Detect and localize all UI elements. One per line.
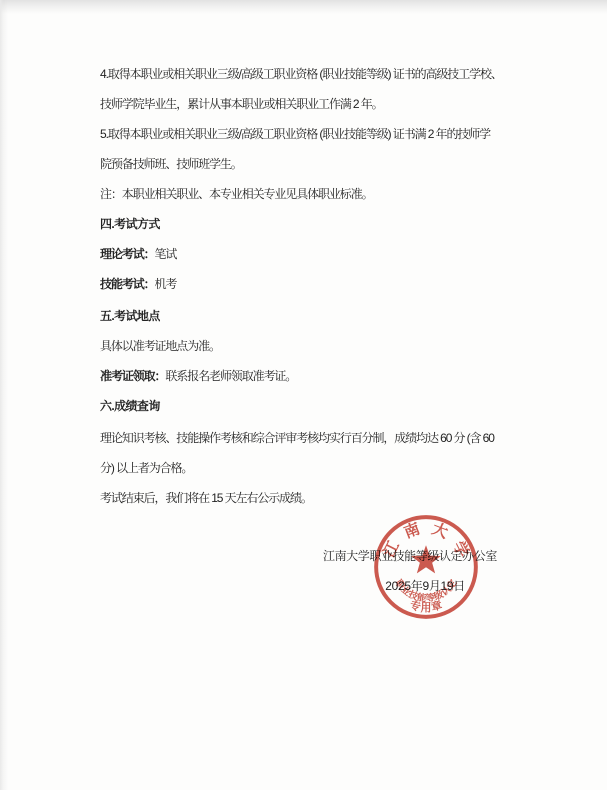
doc-line-text: 理论知识考核、技能操作考核和综合评审考核均实行百分制，成绩均达 60 分 (含 … xyxy=(100,431,494,445)
doc-line: 4.取得本职业或相关职业三级/高级工职业资格 (职业技能等级) 证书的高级技工学… xyxy=(100,59,570,89)
field-value: 联系报名老师领取准考证。 xyxy=(165,369,296,383)
doc-line-text: 5.取得本职业或相关职业三级/高级工职业资格 (职业技能等级) 证书满 2 年的… xyxy=(100,127,490,141)
doc-line: 5.取得本职业或相关职业三级/高级工职业资格 (职业技能等级) 证书满 2 年的… xyxy=(100,119,570,149)
document-body: 4.取得本职业或相关职业三级/高级工职业资格 (职业技能等级) 证书的高级技工学… xyxy=(100,59,570,513)
heading-text: 六.成绩查询 xyxy=(100,399,160,413)
star-icon xyxy=(411,545,441,573)
doc-line-text: 院预备技师班、技师班学生。 xyxy=(100,157,242,171)
doc-line: 技师学院毕业生，累计从事本职业或相关职业工作满 2 年。 xyxy=(100,89,570,119)
doc-line: 理论知识考核、技能操作考核和综合评审考核均实行百分制，成绩均达 60 分 (含 … xyxy=(100,423,570,453)
doc-line-text: 注：本职业相关职业、本专业相关专业见具体职业标准。 xyxy=(100,187,373,201)
doc-line: 分) 以上者为合格。 xyxy=(100,453,570,483)
scanned-document-page: 4.取得本职业或相关职业三级/高级工职业资格 (职业技能等级) 证书的高级技工学… xyxy=(0,0,607,790)
section-heading-score-query: 六.成绩查询 xyxy=(100,391,570,421)
doc-line-text: 具体以准考证地点为准。 xyxy=(100,339,220,353)
section-heading-exam-location: 五.考试地点 xyxy=(100,301,570,331)
scan-shadow-left xyxy=(0,0,8,790)
doc-line: 院预备技师班、技师班学生。 xyxy=(100,149,570,179)
doc-line-text: 4.取得本职业或相关职业三级/高级工职业资格 (职业技能等级) 证书的高级技工学… xyxy=(100,67,502,81)
doc-note-line: 注：本职业相关职业、本专业相关专业见具体职业标准。 xyxy=(100,179,570,209)
doc-line-text: 考试结束后，我们将在 15 天左右公示成绩。 xyxy=(100,491,312,505)
doc-line-skill-exam: 技能考试：机考 xyxy=(100,269,570,299)
seal-scope-text: 职 业 技 能 等 级 认 定 xyxy=(393,577,459,604)
seal-graphic: 江 南 大 学 职 业 技 能 等 级 认 定 专 用 xyxy=(372,513,480,621)
field-label: 理论考试： xyxy=(100,247,155,261)
heading-text: 五.考试地点 xyxy=(100,309,160,323)
doc-line: 考试结束后，我们将在 15 天左右公示成绩。 xyxy=(100,483,570,513)
doc-line-text: 分) 以上者为合格。 xyxy=(100,461,192,475)
field-label: 准考证领取： xyxy=(100,369,165,383)
field-label: 技能考试： xyxy=(100,277,155,291)
doc-line-theory-exam: 理论考试：笔试 xyxy=(100,239,570,269)
heading-text: 四.考试方式 xyxy=(100,217,160,231)
field-value: 机考 xyxy=(155,277,177,291)
doc-line: 具体以准考证地点为准。 xyxy=(100,331,570,361)
section-heading-exam-method: 四.考试方式 xyxy=(100,209,570,239)
doc-line-text: 技师学院毕业生，累计从事本职业或相关职业工作满 2 年。 xyxy=(100,97,383,111)
scan-shadow-top xyxy=(0,0,607,14)
official-seal: 江 南 大 学 职 业 技 能 等 级 认 定 专 用 xyxy=(372,513,480,621)
doc-line-admission-ticket: 准考证领取：联系报名老师领取准考证。 xyxy=(100,361,570,391)
field-value: 笔试 xyxy=(155,247,177,261)
